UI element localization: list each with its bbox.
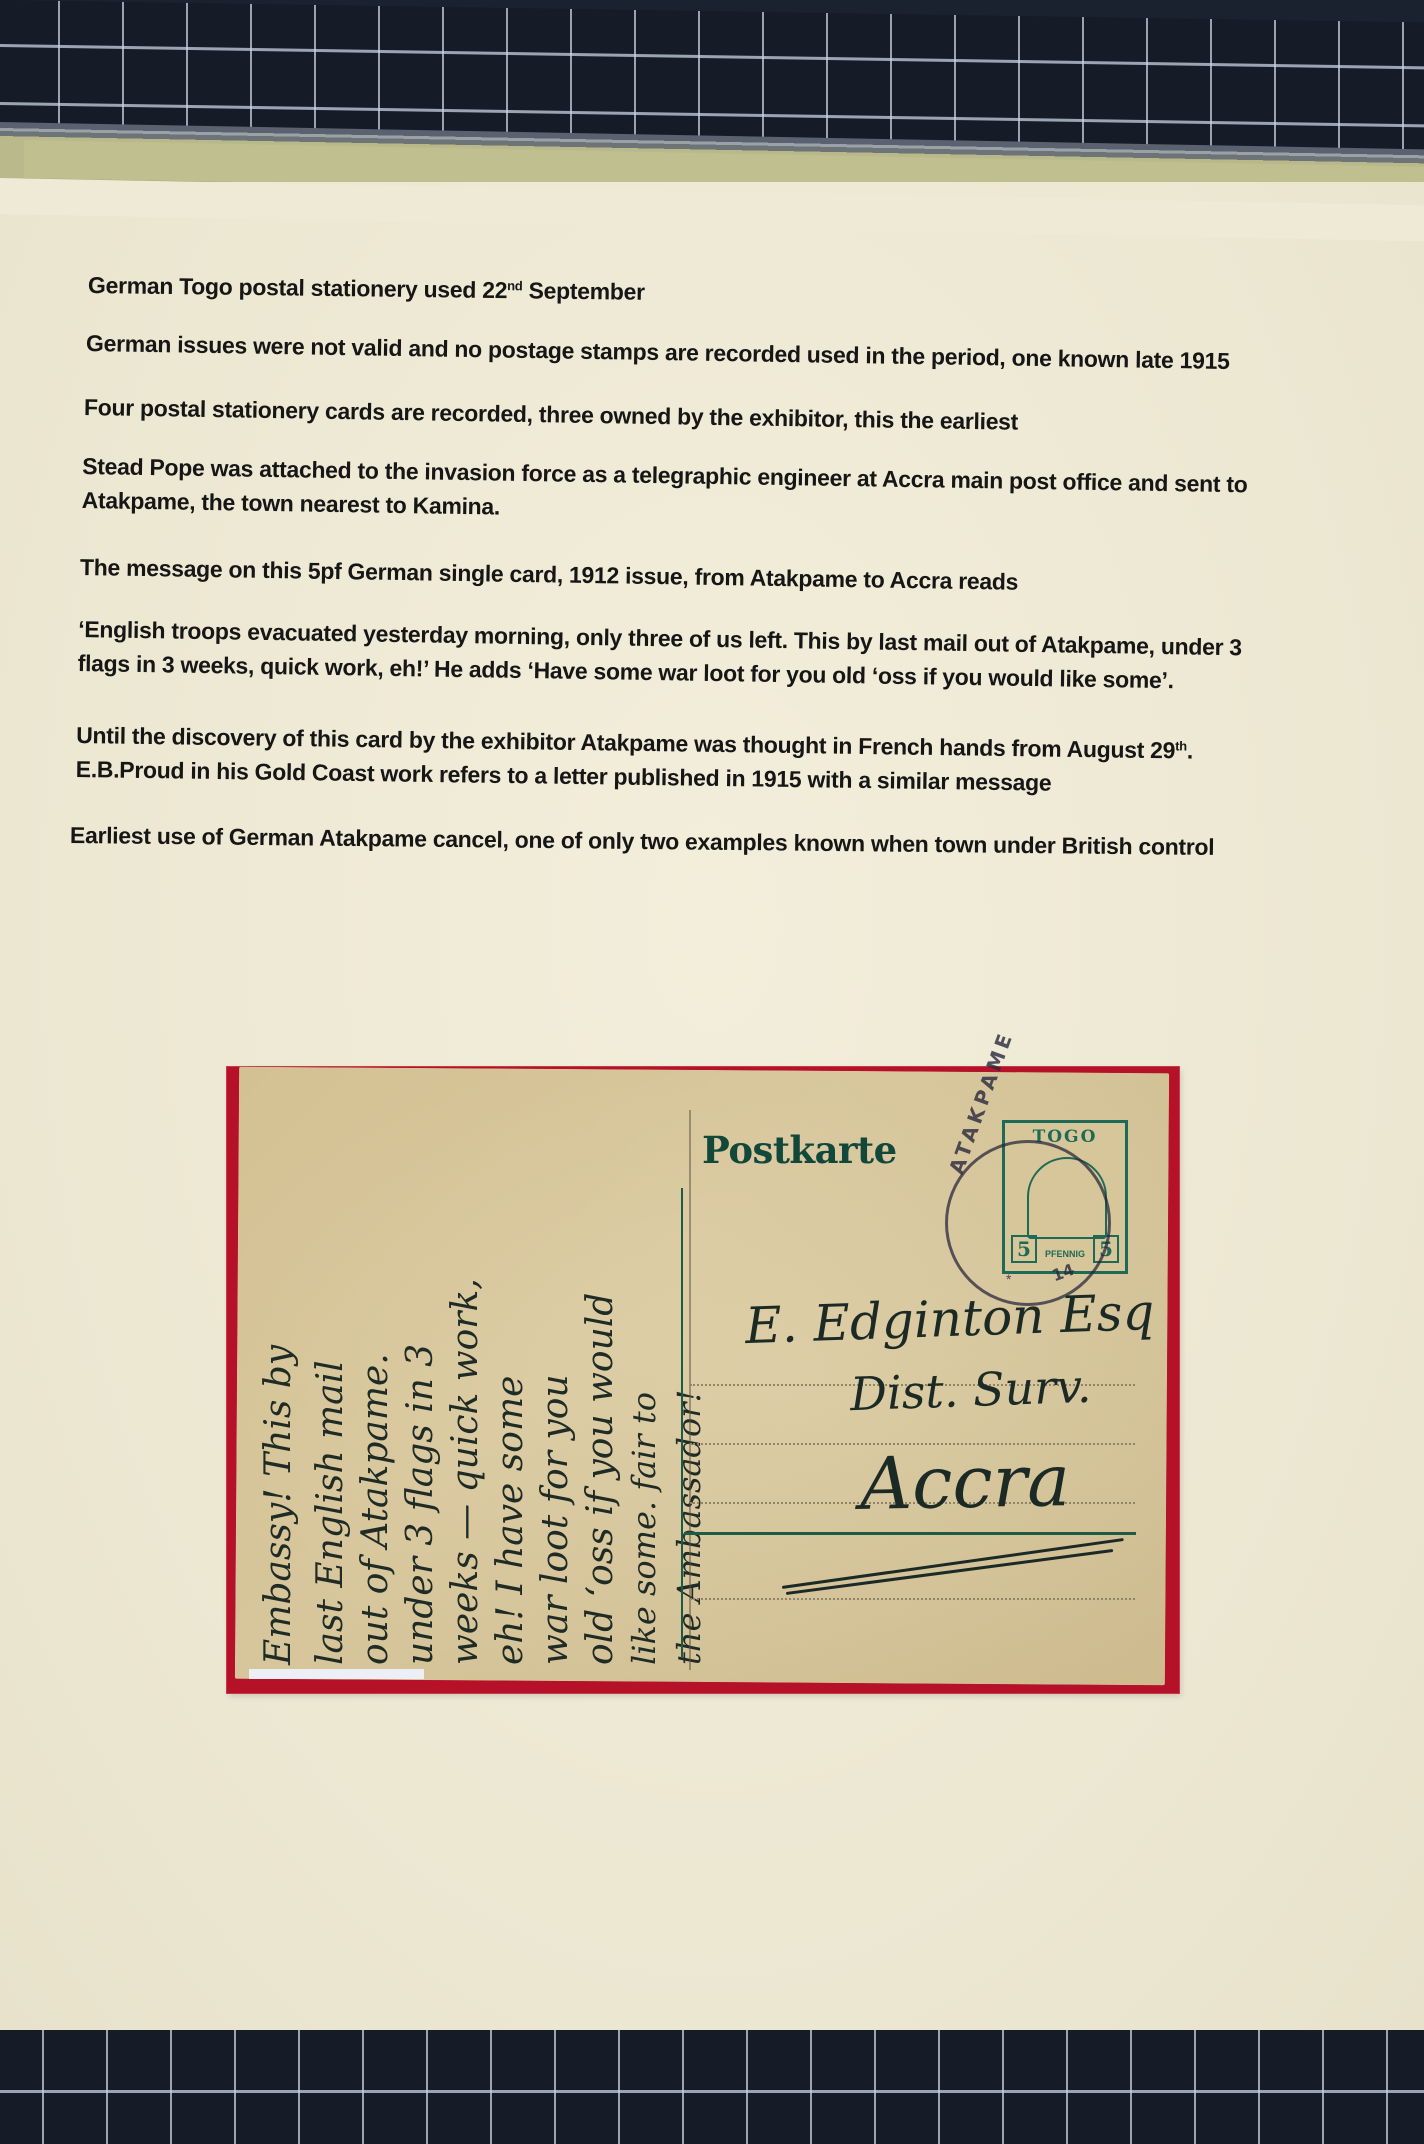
exhibit-heading: German Togo postal stationery used 22nd … (88, 268, 645, 309)
message-line: out of Atakpame. (355, 1353, 396, 1665)
postmark-star-icon: * (1006, 1271, 1011, 1287)
message-line: eh! I have some (490, 1376, 531, 1665)
message-line: under 3 flags in 3 (400, 1344, 441, 1665)
message-line: Embassy! This by (258, 1345, 299, 1665)
address-title: Dist. Surv. (849, 1359, 1092, 1421)
grid-backdrop-bottom (0, 2030, 1424, 2144)
message-line: like some. fair to (625, 1392, 663, 1665)
green-vertical-rule (681, 1188, 683, 1658)
postmark-year: 14 (1049, 1260, 1076, 1285)
mount-slip (249, 1669, 424, 1679)
green-address-rule (684, 1532, 1136, 1535)
message-line: old ‘oss if you would (580, 1293, 621, 1665)
address-line-4 (690, 1598, 1135, 1600)
postkarte-title: Postkarte (702, 1128, 897, 1172)
message-divider (689, 1110, 691, 1670)
message-line: weeks — quick work, (445, 1278, 486, 1665)
atakpame-postmark: ATAKPAME * 14 (945, 1140, 1111, 1306)
message-line: war loot for you (535, 1374, 576, 1665)
address-city: Accra (859, 1438, 1070, 1526)
message-line: last English mail (310, 1360, 351, 1665)
